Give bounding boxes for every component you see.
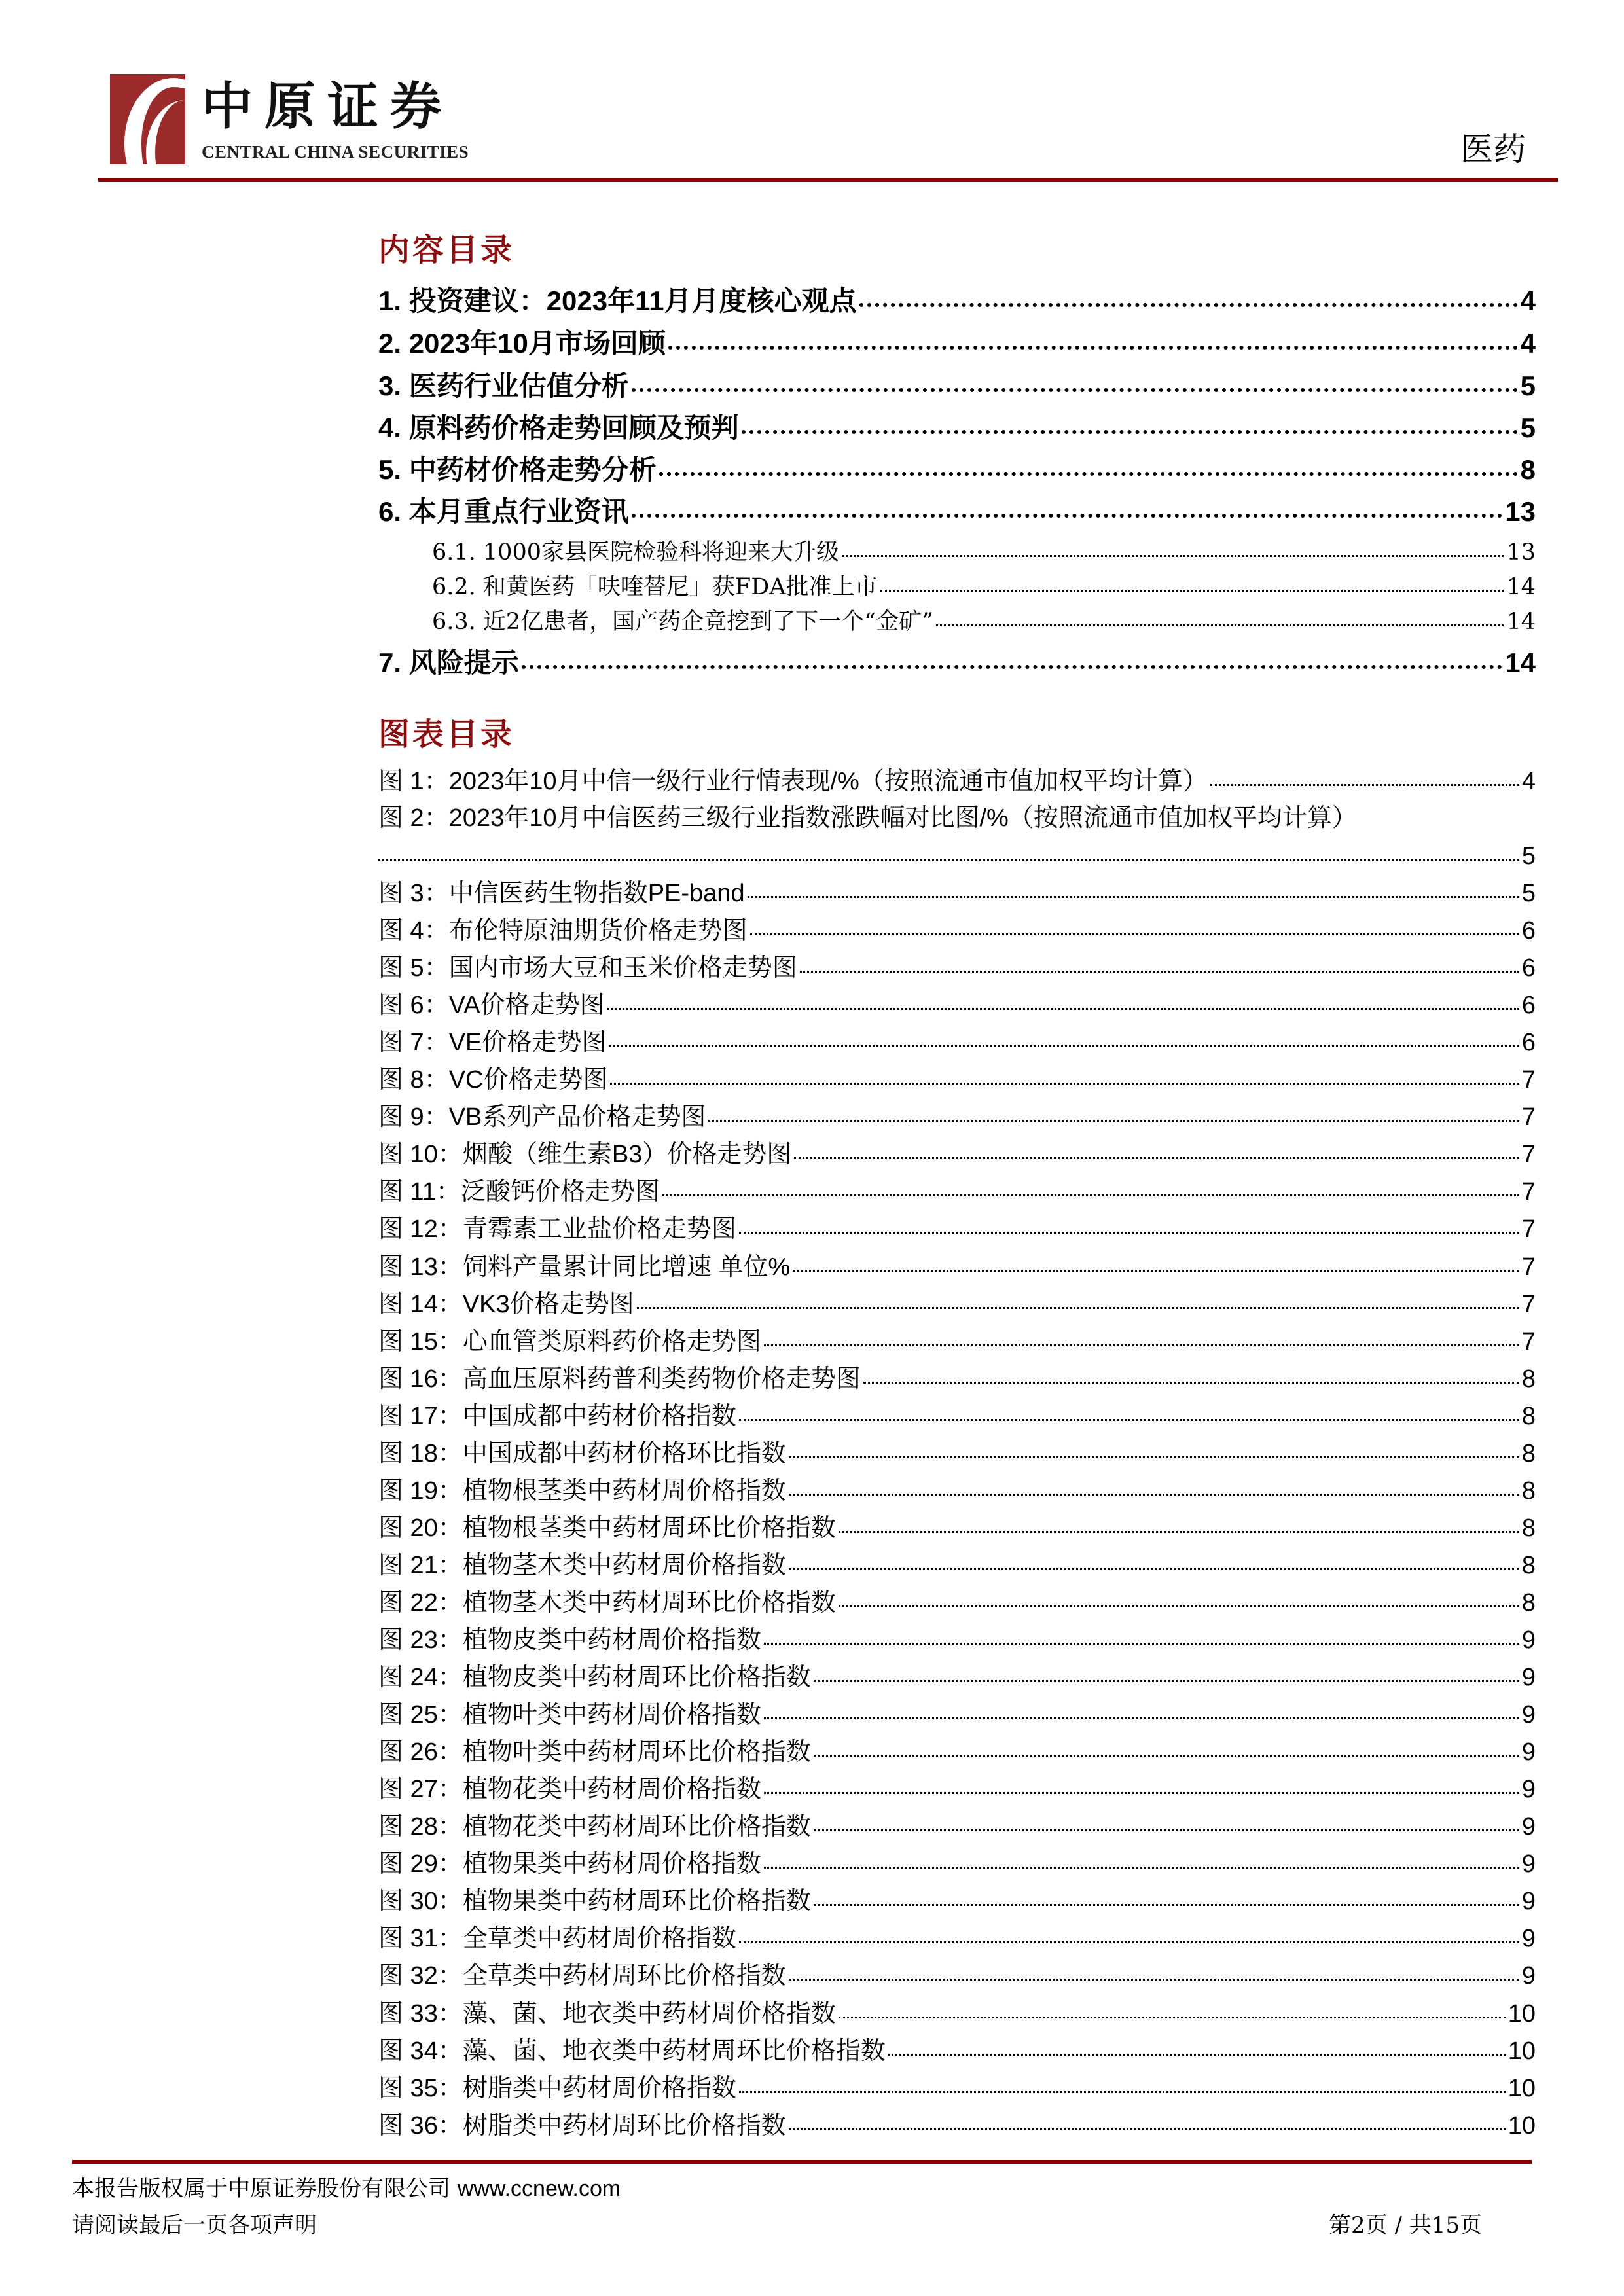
- dot-leader: [789, 1959, 1519, 1984]
- figure-item-page: 8: [1519, 1475, 1536, 1507]
- figure-item-label: 图 1：2023年10月中信一级行业行情表现/%（按照流通市值加权平均计算）: [378, 765, 1210, 798]
- figure-item-page: 6: [1519, 1026, 1536, 1059]
- header-divider: [98, 178, 1558, 182]
- figure-item-label: 图 20：植物根茎类中药材周环比价格指数: [378, 1512, 839, 1545]
- figure-item-label: 图 18：中国成都中药材价格环比指数: [378, 1437, 789, 1470]
- figure-item[interactable]: 图 21：植物茎木类中药材周价格指数8: [378, 1549, 1536, 1582]
- toc-item-label: 6.2. 和黄医药「呋喹替尼」获FDA批准上市: [432, 572, 880, 602]
- figure-item-page: 9: [1519, 1773, 1536, 1806]
- figure-item[interactable]: 图 8：VC价格走势图7: [378, 1063, 1536, 1096]
- figure-item-continuation[interactable]: 5: [378, 839, 1536, 872]
- dot-leader: [750, 914, 1519, 939]
- dot-leader: [789, 1549, 1519, 1573]
- figure-item-page: 6: [1519, 914, 1536, 947]
- figure-item-label: 图 4：布伦特原油期货价格走势图: [378, 914, 750, 947]
- figure-item-page: 9: [1519, 1922, 1536, 1955]
- figure-item-label: 图 28：植物花类中药材周环比价格指数: [378, 1810, 814, 1843]
- toc-item[interactable]: 2. 2023年10月市场回顾 4: [378, 325, 1536, 361]
- figure-item-page: 6: [1519, 989, 1536, 1022]
- figure-list-heading: 图表目录: [378, 715, 514, 754]
- figure-item[interactable]: 图 26：植物叶类中药材周环比价格指数9: [378, 1735, 1536, 1768]
- figure-item-page: 7: [1519, 1213, 1536, 1246]
- figure-item[interactable]: 图 1：2023年10月中信一级行业行情表现/%（按照流通市值加权平均计算） 4: [378, 764, 1536, 798]
- figure-item-label: 图 5：国内市场大豆和玉米价格走势图: [378, 952, 800, 984]
- figure-item-page: 8: [1519, 1587, 1536, 1619]
- figure-item[interactable]: 图 36：树脂类中药材周环比价格指数10: [378, 2109, 1536, 2142]
- toc-item-page: 14: [1502, 646, 1536, 680]
- dot-leader: [793, 1250, 1519, 1275]
- figure-item[interactable]: 图 30：植物果类中药材周环比价格指数9: [378, 1884, 1536, 1918]
- figure-item[interactable]: 图 5：国内市场大豆和玉米价格走势图6: [378, 951, 1536, 984]
- figure-item-page: 6: [1519, 952, 1536, 984]
- figure-item-label: 图 31：全草类中药材周价格指数: [378, 1922, 739, 1955]
- dot-leader: [610, 1063, 1519, 1088]
- figure-item[interactable]: 图 24：植物皮类中药材周环比价格指数9: [378, 1660, 1536, 1694]
- figure-item[interactable]: 图 9：VB系列产品价格走势图7: [378, 1100, 1536, 1134]
- figure-item-label: 图 13：饲料产量累计同比增速 单位%: [378, 1251, 793, 1283]
- toc-item-label: 6.1. 1000家县医院检验科将迎来大升级: [432, 537, 842, 567]
- dot-leader: [814, 1884, 1519, 1909]
- figure-item[interactable]: 图 12：青霉素工业盐价格走势图7: [378, 1212, 1536, 1246]
- toc-item[interactable]: 3. 医药行业估值分析 5: [378, 368, 1536, 403]
- dot-leader: [814, 1735, 1519, 1760]
- figure-item[interactable]: 图 3：中信医药生物指数PE-band5: [378, 876, 1536, 910]
- figure-item-page: 8: [1519, 1437, 1536, 1470]
- dot-leader: [839, 1586, 1519, 1611]
- figure-item[interactable]: 图 16：高血压原料药普利类药物价格走势图8: [378, 1362, 1536, 1395]
- dot-leader: [789, 1474, 1519, 1499]
- toc-item-label: 6.3. 近2亿患者，国产药企竟挖到了下一个“金矿”: [432, 607, 936, 637]
- dot-leader: [708, 1100, 1519, 1125]
- figure-item-label: 图 29：植物果类中药材周价格指数: [378, 1848, 764, 1880]
- figure-item-label: 图 26：植物叶类中药材周环比价格指数: [378, 1736, 814, 1768]
- figure-item-page: 9: [1519, 1624, 1536, 1657]
- figure-item-page: 5: [1519, 877, 1536, 910]
- figure-item-label: 图 33：藻、菌、地衣类中药材周价格指数: [378, 1998, 839, 2030]
- figure-item[interactable]: 图 17：中国成都中药材价格指数8: [378, 1399, 1536, 1433]
- dot-leader: [659, 452, 1518, 479]
- figure-item-label: 图 8：VC价格走势图: [378, 1064, 610, 1096]
- toc-item-page: 8: [1518, 453, 1536, 487]
- figure-item[interactable]: 图 29：植物果类中药材周价格指数9: [378, 1847, 1536, 1880]
- toc-subitem[interactable]: 6.1. 1000家县医院检验科将迎来大升级 13: [432, 537, 1536, 567]
- figure-item-label: 图 19：植物根茎类中药材周价格指数: [378, 1475, 789, 1507]
- figure-item[interactable]: 图 4：布伦特原油期货价格走势图6: [378, 914, 1536, 947]
- company-logo: 中原证券 CENTRAL CHINA SECURITIES: [110, 74, 568, 166]
- figure-item-page: 9: [1519, 1698, 1536, 1731]
- toc-item-label: 2. 2023年10月市场回顾: [378, 327, 668, 361]
- figure-item[interactable]: 图 20：植物根茎类中药材周环比价格指数8: [378, 1511, 1536, 1545]
- dot-leader: [609, 1026, 1519, 1050]
- toc-subitem[interactable]: 6.2. 和黄医药「呋喹替尼」获FDA批准上市 14: [432, 571, 1536, 602]
- toc-item-label: 6. 本月重点行业资讯: [378, 495, 632, 529]
- figure-item[interactable]: 图 28：植物花类中药材周环比价格指数9: [378, 1810, 1536, 1843]
- figure-item-page: 8: [1519, 1400, 1536, 1433]
- figure-item-label: 图 12：青霉素工业盐价格走势图: [378, 1213, 739, 1246]
- footer-divider: [72, 2160, 1532, 2164]
- figure-item-label: 图 24：植物皮类中药材周环比价格指数: [378, 1661, 814, 1694]
- dot-leader: [789, 1437, 1519, 1462]
- figure-item-page: 4: [1519, 765, 1536, 798]
- figure-item-page: 7: [1519, 1064, 1536, 1096]
- figure-item[interactable]: 图 23：植物皮类中药材周价格指数9: [378, 1623, 1536, 1657]
- figure-item-label: 图 3：中信医药生物指数PE-band: [378, 877, 748, 910]
- figure-item-page: 5: [1519, 840, 1536, 872]
- toc-item[interactable]: 4. 原料药价格走势回顾及预判 5: [378, 410, 1536, 445]
- figure-item-page: 9: [1519, 1848, 1536, 1880]
- figure-item-page: 8: [1519, 1512, 1536, 1545]
- figure-item[interactable]: 图 31：全草类中药材周价格指数9: [378, 1922, 1536, 1955]
- dot-leader: [814, 1810, 1519, 1835]
- dot-leader: [863, 1362, 1519, 1387]
- dot-leader: [859, 283, 1518, 310]
- dot-leader: [607, 988, 1519, 1013]
- figure-item[interactable]: 图 33：藻、菌、地衣类中药材周价格指数10: [378, 1997, 1536, 2030]
- dot-leader: [839, 1997, 1506, 2022]
- dot-leader: [794, 1138, 1519, 1162]
- figure-item-label: 图 25：植物叶类中药材周价格指数: [378, 1698, 764, 1731]
- figure-item-page: 10: [1506, 2109, 1536, 2142]
- figure-item-page: 7: [1519, 1325, 1536, 1358]
- toc-item-page: 13: [1502, 495, 1536, 529]
- dot-leader: [888, 2034, 1506, 2059]
- figure-item[interactable]: 图 14：VK3价格走势图7: [378, 1287, 1536, 1321]
- toc-item-label: 7. 风险提示: [378, 646, 522, 680]
- figure-item-page: 7: [1519, 1175, 1536, 1208]
- figure-item-page: 9: [1519, 1810, 1536, 1843]
- figure-item-label: 图 2：2023年10月中信医药三级行业指数涨跌幅对比图/%（按照流通市值加权平…: [378, 802, 1360, 834]
- figure-item[interactable]: 图 32：全草类中药材周环比价格指数9: [378, 1959, 1536, 1992]
- dot-leader: [748, 876, 1519, 901]
- toc-item-page: 14: [1504, 572, 1536, 602]
- dot-leader: [764, 1325, 1519, 1350]
- figure-item-label: 图 6：VA价格走势图: [378, 989, 607, 1022]
- figure-item[interactable]: 图 7：VE价格走势图6: [378, 1026, 1536, 1059]
- dot-leader: [662, 1175, 1519, 1200]
- figure-item-page: 9: [1519, 1661, 1536, 1694]
- dot-leader: [632, 493, 1503, 521]
- figure-item-label: 图 23：植物皮类中药材周价格指数: [378, 1624, 764, 1657]
- dot-leader: [839, 1511, 1519, 1536]
- logo-mark-icon: [110, 74, 185, 164]
- figure-item-label: 图 16：高血压原料药普利类药物价格走势图: [378, 1363, 863, 1395]
- dot-leader: [378, 839, 1519, 864]
- figure-item-page: 10: [1506, 2035, 1536, 2068]
- figure-item[interactable]: 图 27：植物花类中药材周价格指数9: [378, 1772, 1536, 1806]
- toc-item-page: 13: [1504, 537, 1536, 567]
- figure-item-label: 图 15：心血管类原料药价格走势图: [378, 1325, 764, 1358]
- toc-item-label: 5. 中药材价格走势分析: [378, 453, 659, 487]
- figure-item-page: 7: [1519, 1251, 1536, 1283]
- figure-item[interactable]: 图 10：烟酸（维生素B3）价格走势图7: [378, 1138, 1536, 1171]
- figure-item-page: 7: [1519, 1288, 1536, 1321]
- figure-item-label: 图 17：中国成都中药材价格指数: [378, 1400, 739, 1433]
- figure-item[interactable]: 图 13：饲料产量累计同比增速 单位%7: [378, 1250, 1536, 1283]
- dot-leader: [764, 1623, 1519, 1648]
- figure-item[interactable]: 图 22：植物茎木类中药材周环比价格指数8: [378, 1586, 1536, 1619]
- toc-item-page: 14: [1504, 607, 1536, 637]
- dot-leader: [936, 606, 1504, 629]
- figure-item[interactable]: 图 18：中国成都中药材价格环比指数8: [378, 1437, 1536, 1470]
- dot-leader: [632, 368, 1518, 395]
- toc-item-page: 5: [1518, 369, 1536, 403]
- figure-item-label: 图 10：烟酸（维生素B3）价格走势图: [378, 1138, 794, 1171]
- figure-item-label: 图 22：植物茎木类中药材周环比价格指数: [378, 1587, 839, 1619]
- figure-item-page: 8: [1519, 1363, 1536, 1395]
- toc-item-page: 4: [1518, 327, 1536, 361]
- figure-item-label: 图 27：植物花类中药材周价格指数: [378, 1773, 764, 1806]
- dot-leader: [742, 410, 1518, 437]
- figure-item[interactable]: 图 34：藻、菌、地衣类中药材周环比价格指数10: [378, 2034, 1536, 2068]
- figure-item-label: 图 32：全草类中药材周环比价格指数: [378, 1960, 789, 1992]
- dot-leader: [800, 951, 1519, 976]
- dot-leader: [739, 1922, 1519, 1946]
- figure-item-page: 10: [1506, 1998, 1536, 2030]
- toc-item-label: 1. 投资建议：2023年11月月度核心观点: [378, 284, 859, 318]
- toc-item[interactable]: 6. 本月重点行业资讯 13: [378, 493, 1536, 529]
- disclaimer-text: 请阅读最后一页各项声明: [72, 2211, 317, 2240]
- figure-item-page: 10: [1506, 2072, 1536, 2105]
- toc-item-label: 3. 医药行业估值分析: [378, 369, 632, 403]
- figure-item[interactable]: 图 25：植物叶类中药材周价格指数9: [378, 1698, 1536, 1731]
- figure-item[interactable]: 图 2：2023年10月中信医药三级行业指数涨跌幅对比图/%（按照流通市值加权平…: [378, 802, 1536, 834]
- figure-item[interactable]: 图 15：心血管类原料药价格走势图7: [378, 1325, 1536, 1358]
- dot-leader: [814, 1660, 1519, 1685]
- page-number: 第2页 / 共15页: [1329, 2211, 1482, 2240]
- dot-leader: [880, 571, 1504, 594]
- figure-item-page: 9: [1519, 1960, 1536, 1992]
- dot-leader: [637, 1287, 1519, 1312]
- toc-item-label: 4. 原料药价格走势回顾及预判: [378, 411, 742, 445]
- figure-item[interactable]: 图 35：树脂类中药材周价格指数10: [378, 2072, 1536, 2105]
- toc-item-page: 5: [1518, 411, 1536, 445]
- figure-item[interactable]: 图 19：植物根茎类中药材周价格指数8: [378, 1474, 1536, 1507]
- dot-leader: [668, 325, 1518, 353]
- figure-item-label: 图 30：植物果类中药材周环比价格指数: [378, 1885, 814, 1918]
- figure-item-page: 7: [1519, 1101, 1536, 1134]
- figure-item-label: 图 35：树脂类中药材周价格指数: [378, 2072, 739, 2105]
- figure-item[interactable]: 图 6：VA价格走势图6: [378, 988, 1536, 1022]
- figure-item-page: 9: [1519, 1885, 1536, 1918]
- figure-item-label: 图 36：树脂类中药材周环比价格指数: [378, 2109, 789, 2142]
- copyright-text: 本报告版权属于中原证券股份有限公司: [72, 2176, 450, 2202]
- toc-item-page: 4: [1518, 284, 1536, 318]
- dot-leader: [739, 2072, 1506, 2096]
- industry-tag: 医药: [1460, 130, 1526, 169]
- toc-item[interactable]: 1. 投资建议：2023年11月月度核心观点 4: [378, 283, 1536, 318]
- dot-leader: [739, 1399, 1519, 1424]
- figure-item-label: 图 14：VK3价格走势图: [378, 1288, 637, 1321]
- dot-leader: [1210, 764, 1519, 789]
- figure-item-label: 图 11：泛酸钙价格走势图: [378, 1175, 662, 1208]
- logo-chinese-name: 中原证券: [202, 81, 453, 133]
- dot-leader: [739, 1212, 1519, 1237]
- dot-leader: [764, 1698, 1519, 1723]
- toc-item[interactable]: 5. 中药材价格走势分析 8: [378, 452, 1536, 487]
- dot-leader: [842, 537, 1504, 560]
- figure-item-page: 9: [1519, 1736, 1536, 1768]
- figure-item-page: 8: [1519, 1549, 1536, 1582]
- dot-leader: [522, 645, 1503, 672]
- logo-english-name: CENTRAL CHINA SECURITIES: [202, 142, 469, 162]
- figure-item-page: 7: [1519, 1138, 1536, 1171]
- toc-heading: 内容目录: [378, 230, 514, 270]
- footer-copyright-line: 本报告版权属于中原证券股份有限公司 www.ccnew.com: [72, 2174, 621, 2203]
- dot-leader: [764, 1847, 1519, 1872]
- figure-item-label: 图 21：植物茎木类中药材周价格指数: [378, 1549, 789, 1582]
- website-link[interactable]: www.ccnew.com: [458, 2176, 621, 2201]
- toc-subitem[interactable]: 6.3. 近2亿患者，国产药企竟挖到了下一个“金矿” 14: [432, 606, 1536, 637]
- dot-leader: [789, 2109, 1506, 2134]
- figure-item-label: 图 34：藻、菌、地衣类中药材周环比价格指数: [378, 2035, 888, 2068]
- dot-leader: [764, 1772, 1519, 1797]
- figure-item[interactable]: 图 11：泛酸钙价格走势图7: [378, 1175, 1536, 1208]
- toc-item[interactable]: 7. 风险提示 14: [378, 645, 1536, 680]
- figure-item-label: 图 9：VB系列产品价格走势图: [378, 1101, 708, 1134]
- figure-item-label: 图 7：VE价格走势图: [378, 1026, 609, 1059]
